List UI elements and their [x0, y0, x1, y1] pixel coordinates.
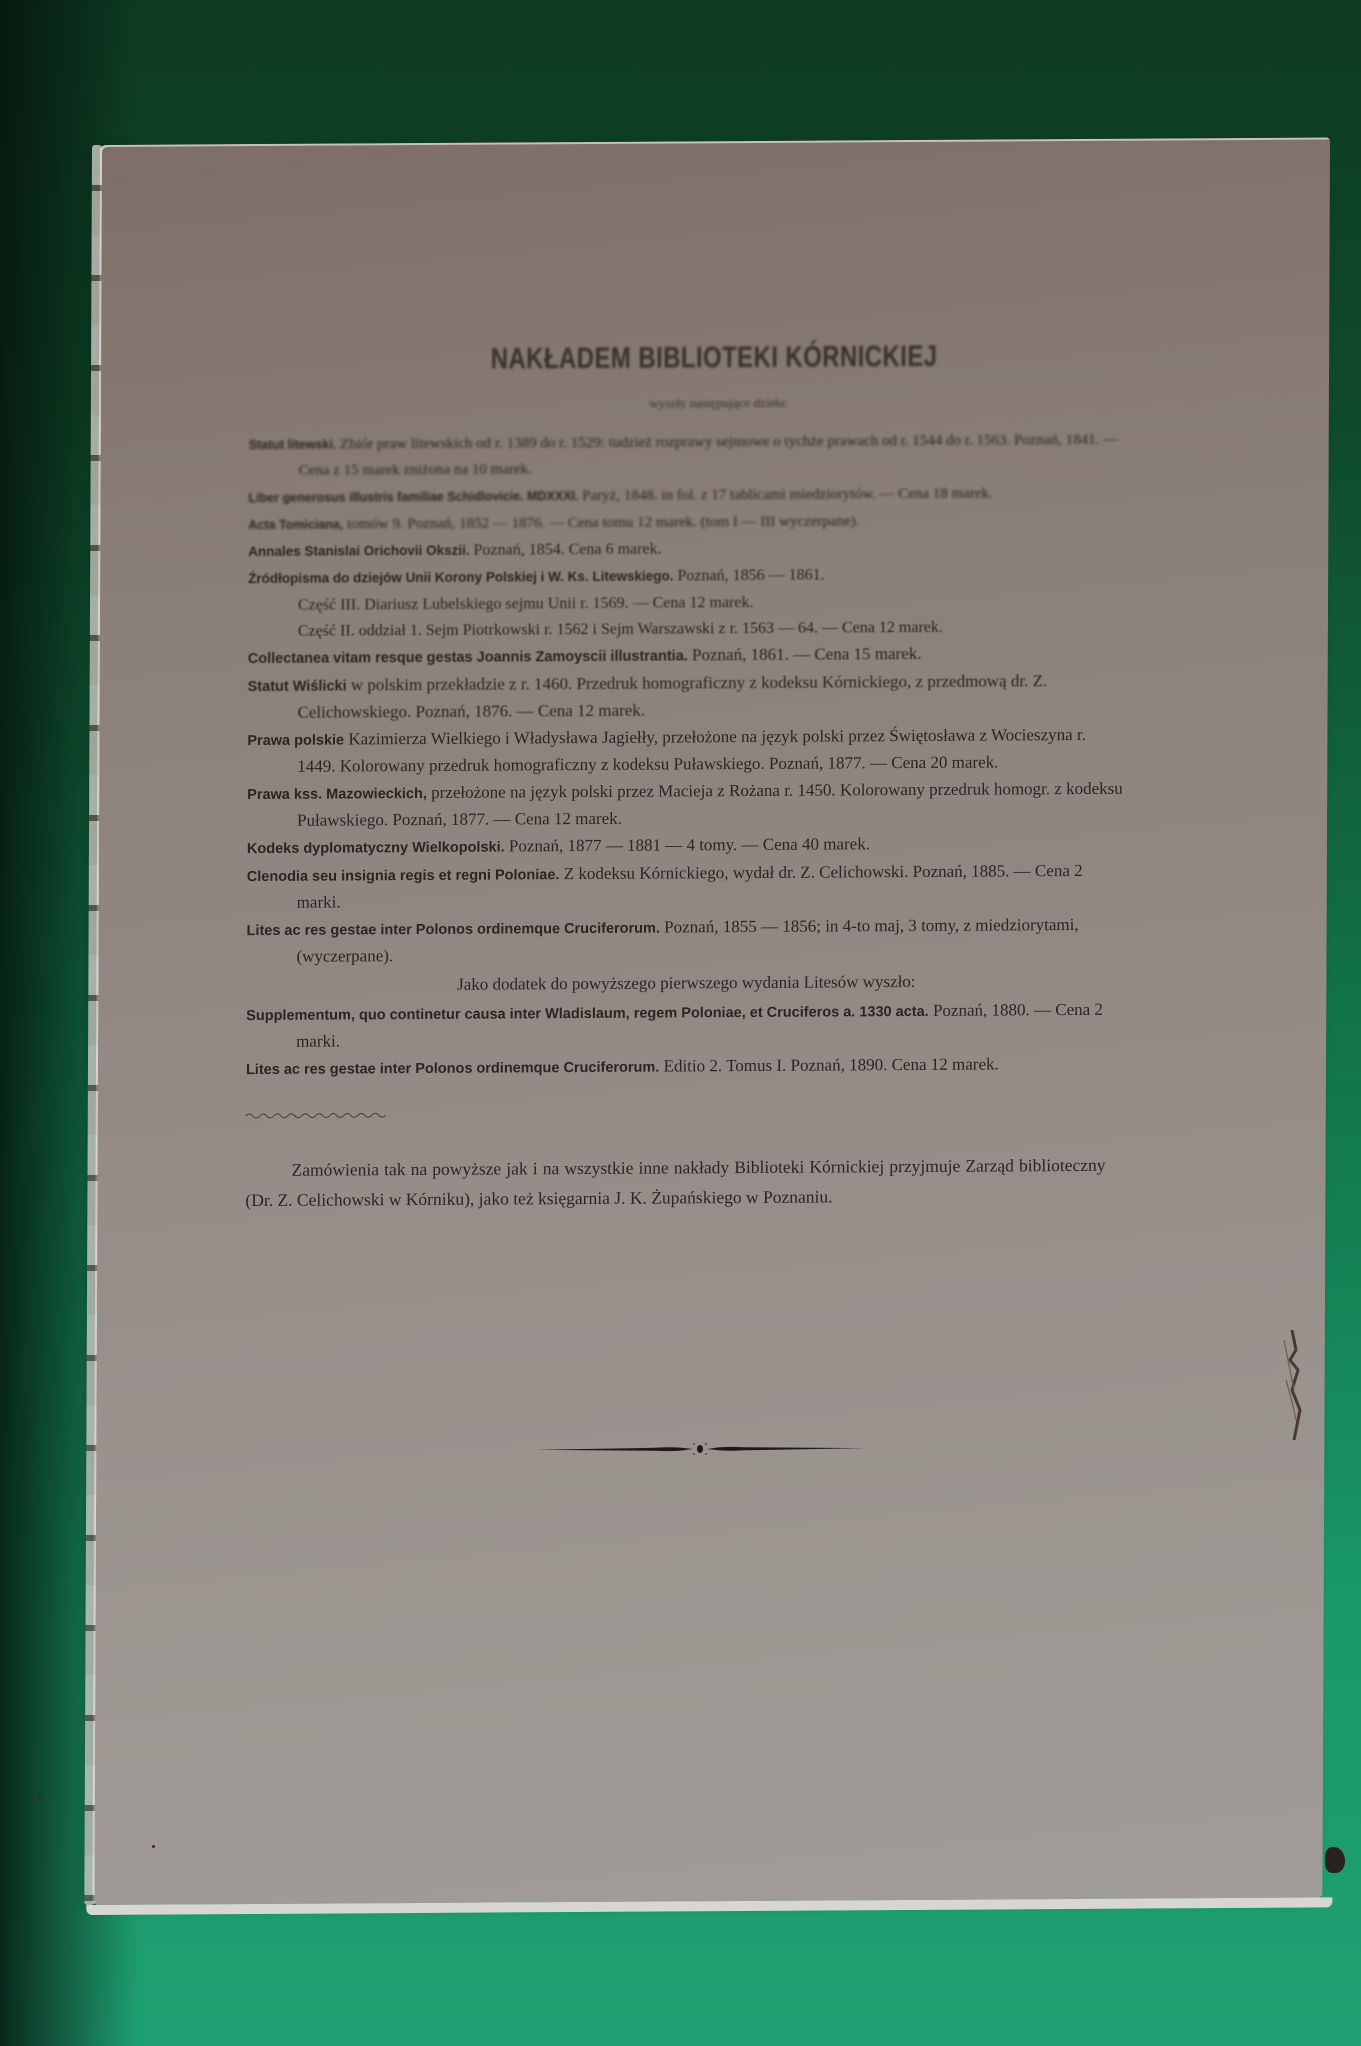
- page-heading: NAKŁADEM BIBLIOTEKI KÓRNICKIEJ: [382, 339, 1046, 377]
- entry-text: Paryż, 1848. in fol. z 17 tablicami mied…: [582, 486, 993, 505]
- entry-title: Prawa polskie: [247, 732, 344, 749]
- entry-title: Statut Wiślicki: [248, 678, 347, 695]
- list-item: Lites ac res gestae inter Polonos ordine…: [246, 1051, 1126, 1083]
- list-item: Collectanea vitam resque gestas Joannis …: [248, 640, 1128, 672]
- entry-title: Clenodia seu insignia regis et regni Pol…: [247, 867, 560, 885]
- paper-stain: [38, 1795, 42, 1800]
- entry-text: Kazimierza Wielkiego i Władysława Jagieł…: [297, 725, 1086, 776]
- list-item: Liber generosus illustris familiae Schid…: [248, 480, 1128, 511]
- list-item: Acta Tomiciana, tomów 9. Poznań, 1852 — …: [248, 507, 1128, 538]
- list-item: Statut Wiślicki w polskim przekładzie z …: [247, 668, 1127, 726]
- entry-title: Supplementum, quo continetur causa inter…: [246, 1004, 929, 1024]
- printed-text-block: NAKŁADEM BIBLIOTEKI KÓRNICKIEJ wyszły na…: [245, 339, 1129, 1215]
- entry-text: Poznań, 1856 — 1861.: [677, 567, 824, 585]
- entry-title: Acta Tomiciana,: [248, 517, 343, 532]
- entry-text: Editio 2. Tomus I. Poznań, 1890. Cena 12…: [664, 1054, 999, 1075]
- entry-title: Collectanea vitam resque gestas Joannis …: [248, 648, 688, 667]
- entry-text: w polskim przekładzie z r. 1460. Przedru…: [297, 671, 1047, 722]
- list-item: Lites ac res gestae inter Polonos ordine…: [246, 912, 1126, 970]
- order-paragraph: Zamówienia tak na powyższe jak i na wszy…: [245, 1150, 1105, 1215]
- page-subheading: wyszły następujące dzieła:: [309, 393, 1129, 414]
- entry-title: Źródłopisma do dziejów Unii Korony Polsk…: [248, 568, 673, 586]
- torn-edge-icon: [1282, 1330, 1304, 1440]
- ornamental-rule-icon: [535, 1439, 865, 1459]
- entry-title: Lites ac res gestae inter Polonos ordine…: [247, 921, 660, 940]
- entry-text: Zbiór praw litewskich od r. 1389 do r. 1…: [299, 432, 1119, 479]
- entry-title: Liber generosus illustris familiae Schid…: [248, 489, 578, 505]
- entry-title: Annales Stanislai Orichovii Okszii.: [248, 543, 469, 559]
- entry-text: tomów 9. Poznań, 1852 — 1876. — Cena tom…: [347, 513, 859, 532]
- entry-title: Lites ac res gestae inter Polonos ordine…: [246, 1060, 659, 1079]
- entry-title: Prawa kss. Mazowieckich,: [247, 786, 427, 803]
- list-item: Kodeks dyplomatyczny Wielkopolski. Pozna…: [247, 830, 1127, 862]
- list-item: Supplementum, quo continetur causa inter…: [246, 997, 1126, 1055]
- entry-title: Kodeks dyplomatyczny Wielkopolski.: [247, 839, 505, 857]
- supplement-note: Jako dodatek do powyższego pierwszego wy…: [246, 967, 1126, 1000]
- list-item: Clenodia seu insignia regis et regni Pol…: [247, 858, 1127, 916]
- wavy-divider-icon: [246, 1111, 386, 1120]
- list-item: Annales Stanislai Orichovii Okszii. Pozn…: [248, 534, 1128, 565]
- damaged-corner: [1325, 1847, 1345, 1873]
- paper-stain: [152, 1845, 155, 1848]
- publication-list: Statut litewski. Zbiór praw litewskich o…: [246, 427, 1129, 1083]
- entry-text: Poznań, 1854. Cena 6 marek.: [474, 541, 662, 559]
- entry-text: Poznań, 1861. — Cena 15 marek.: [692, 644, 922, 664]
- list-item: Prawa kss. Mazowieckich, przełożone na j…: [247, 776, 1127, 834]
- book-back-cover: NAKŁADEM BIBLIOTEKI KÓRNICKIEJ wyszły na…: [92, 137, 1330, 1904]
- entry-text: Poznań, 1877 — 1881 — 4 tomy. — Cena 40 …: [509, 834, 870, 855]
- list-item: Statut litewski. Zbiór praw litewskich o…: [249, 427, 1129, 484]
- entry-title: Statut litewski.: [249, 438, 337, 453]
- list-item: Źródłopisma do dziejów Unii Korony Polsk…: [248, 561, 1128, 592]
- list-item: Prawa polskie Kazimierza Wielkiego i Wła…: [247, 722, 1127, 780]
